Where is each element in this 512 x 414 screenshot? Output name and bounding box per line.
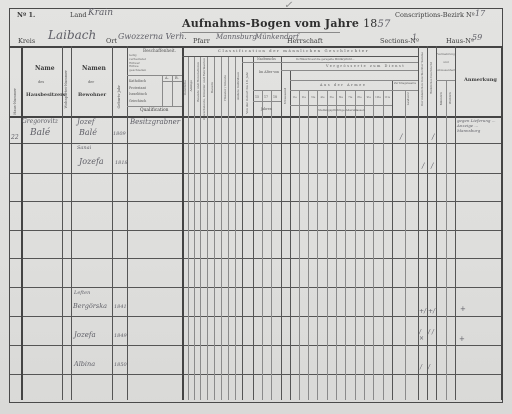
altersklasse: 8te [355, 96, 364, 99]
kreis-value: Laibach [48, 28, 96, 42]
row8-mark: / [420, 364, 422, 371]
row1-hausbesitzer-last: Balé [30, 128, 50, 138]
religion-row: Griechisch [129, 98, 147, 105]
col-line [21, 46, 23, 400]
col-line [364, 90, 365, 400]
row2-bewohner-first: Sanai [77, 145, 91, 151]
nachwuchs-ages-line [253, 90, 281, 91]
row8-geburtsjahr: 1850 [114, 362, 127, 368]
row1-bewohner-first: Jozef [77, 118, 94, 126]
classification-title: Classification der männlichen Geschlecht… [218, 48, 369, 53]
class-col: Adelige [189, 80, 193, 91]
row2-mark: / [422, 162, 424, 170]
zuwachs-title-line: Vermehrung [437, 50, 455, 58]
col-line [200, 56, 201, 400]
land-label: Land [70, 11, 87, 19]
col-line [221, 56, 222, 400]
herrschaft-label: Herrschaft [287, 37, 323, 45]
nachwuchs-age: 15 [255, 95, 259, 99]
col-name-bewohner-2: der [88, 80, 94, 84]
religion-head-line [162, 81, 182, 82]
row-divider [10, 287, 502, 288]
class-col: Andere Individuen [236, 72, 240, 100]
row7-bewohner-last: Jozefa [74, 331, 96, 339]
row8-mark: / [428, 364, 430, 371]
col-line [271, 90, 272, 400]
col-line [207, 56, 208, 400]
pencil-checkmark-icon: ✓ [284, 0, 292, 11]
col-line [182, 46, 184, 400]
beschaffenheit-title: Beschaffenheit. [143, 48, 176, 53]
zuwachs-title: Vermehrung und Abwesenheit [437, 50, 455, 74]
altersklasse: 5te [327, 96, 336, 99]
row1-haus-nr: 22 [11, 134, 19, 141]
religion-rows: Katholisch Protestant Israelitisch Griec… [129, 78, 147, 104]
nachwuchs-age: 17 [264, 95, 268, 99]
row2-bewohner-last: Jozefa [79, 157, 104, 166]
religion-col-a: A. [165, 76, 169, 80]
row7-mark: / / [428, 330, 436, 336]
col-haus-nummer: Haus-Nummer [13, 88, 17, 115]
col-line [436, 46, 437, 400]
kreis-label: Kreis [18, 37, 35, 45]
col-name-bewohner-1: Namen [82, 65, 106, 72]
col-hinzuwachs: Vergrösserte zum Dienst [326, 64, 405, 68]
row6-anmerkung: + [460, 305, 466, 313]
row-divider [10, 173, 502, 174]
row2-geburtsjahr: 1818 [115, 160, 128, 166]
col-line [418, 46, 419, 400]
col-line [194, 56, 195, 400]
row7-anmerkung: + [459, 335, 465, 343]
col-line [228, 56, 229, 400]
land-value: Krain [88, 8, 113, 18]
altersklasse: 6te [336, 96, 345, 99]
col-line [373, 90, 374, 400]
dienst-line [281, 70, 418, 71]
col-weiblich: Weiblich [448, 92, 452, 104]
altersklasse: 10te [373, 96, 382, 99]
religion-col-line [162, 75, 163, 106]
col-line [188, 56, 189, 400]
sections-value: 1 [412, 33, 417, 42]
zuwachs-title-line: Abwesenheit [437, 66, 455, 74]
nachwuchs-foot-line [253, 101, 281, 102]
nachwuchs-line [242, 62, 418, 63]
col-line [336, 90, 337, 400]
row-divider [10, 258, 502, 259]
col-line [242, 56, 243, 400]
col-line [235, 56, 236, 400]
col-wohnpartei: Wohnpartei-Nummer [64, 70, 68, 108]
col-anmerkung: Anmerkung [464, 77, 497, 83]
title-text: Aufnahms-Bogen vom Jahre [182, 17, 359, 30]
nachwuchs-sub: Im Alter von [259, 70, 279, 74]
row-divider [10, 201, 502, 202]
col-geburtsjahr: Geburts-Jahr [117, 85, 121, 108]
altersklassen-cols: 1te 2te 3te 4te 5te 6te 7te 8te 9te 10te… [290, 96, 392, 99]
row1-mark: / [400, 133, 402, 141]
dienstpflicht-title: In Hinsicht auf die geregelte Militärpfl… [296, 58, 355, 61]
nachwuchs-age: 18 [273, 95, 277, 99]
col-line [214, 56, 215, 400]
pfarr-label: Pfarr [193, 37, 210, 45]
class-col: Gewerbsleute, Künstler und Fabrikanten [202, 58, 206, 120]
qualification-divider [127, 106, 182, 107]
col-line [112, 46, 113, 400]
class-col: Geistliche [183, 80, 187, 95]
zuwachs-head-line [436, 80, 455, 81]
row6-mark: +/ [428, 308, 435, 315]
col-line [317, 90, 318, 400]
haus-label: Haus-Nº [446, 37, 474, 45]
col-line [392, 80, 393, 400]
zuwachs-title-line: und [437, 58, 455, 66]
row1-mark: / [432, 133, 434, 141]
row2-mark: / [431, 162, 433, 170]
row6-geburtsjahr: 1841 [114, 304, 127, 310]
col-totale-summe: Der männlichen Geschlechter Summe [420, 52, 424, 106]
col-name-haus-3: Hausbesitzers [26, 92, 66, 98]
conscriptions-label: Conscriptions-Bezirk Nº [395, 11, 475, 19]
sheet-number: Nº 1. [17, 11, 35, 19]
religion-col-line [172, 75, 173, 106]
col-line [299, 90, 300, 400]
altersklasse: 7te [346, 96, 355, 99]
col-line [127, 46, 128, 400]
row-divider [10, 143, 502, 144]
class-col: Beamte und Honoratioren [196, 62, 200, 102]
row6-bewohner-last: Bergörska [73, 302, 107, 310]
altersklasse: 2te [299, 96, 308, 99]
beschaffenheit-divider [127, 75, 182, 76]
row1-geburtsjahr: 1809 [113, 131, 126, 137]
haus-value: 59 [472, 33, 482, 42]
pfarr-value: Mannsburg [216, 33, 257, 41]
col-line [446, 80, 447, 400]
row1-bewohner-last: Balé [79, 128, 97, 137]
religion-col-b: B. [175, 76, 179, 80]
altersklasse: 1te [290, 96, 299, 99]
class-col: Häusler / Inleute [223, 75, 227, 101]
year-handwritten: 57 [378, 19, 391, 30]
col-line [355, 90, 356, 400]
row7-geburtsjahr: 1849 [114, 333, 127, 339]
beschaffenheit-rows: ledig verheiratet Witwer Witwe geschiede… [129, 54, 146, 73]
col-line [262, 90, 263, 400]
col-name-haus-1: Name [35, 65, 55, 72]
altersklassen-foot: Stellungspflichtige Altersklassen [318, 108, 365, 112]
altersklasse: 9te [364, 96, 373, 99]
census-sheet: Nº 1. Land Krain Aufnahms-Bogen vom Jahr… [0, 0, 512, 414]
year-printed: 18 [363, 17, 377, 30]
altersklassen-foot-line [290, 105, 392, 106]
col-line [427, 46, 428, 400]
col-qualification: Qualification [140, 108, 169, 113]
page-title: Aufnahms-Bogen vom Jahre 1857 [182, 17, 391, 30]
col-weibliche: Weibliches Geschlecht [429, 62, 433, 94]
nachwuchs-foot: Jahren [261, 107, 272, 111]
zuwachs-line [290, 80, 418, 81]
row-divider [10, 230, 502, 231]
nachwuchs-title: Nachwuchs [257, 57, 276, 61]
col-kriegsreserve: Zur Kriegsreserve [394, 82, 416, 85]
col-line [501, 46, 503, 400]
col-name-bewohner-3: Bewohner [78, 92, 106, 98]
col-line [290, 70, 291, 400]
col-maennlich: Männlich [439, 92, 443, 105]
col-unwesend: Unwesend [283, 88, 287, 104]
armee-line [290, 90, 418, 91]
col-line [71, 46, 72, 400]
col-line [345, 90, 346, 400]
row-divider [10, 374, 502, 375]
row1-hausbesitzer-first: Gregorovitz [22, 118, 58, 125]
col-altersklassen-title: Aus der Armee [320, 83, 366, 87]
col-line [62, 46, 63, 400]
row7-mark: / × [419, 330, 427, 342]
class-col: Von der Geburt bis 18. Jahr [245, 72, 249, 114]
beschaffenheit-row: geschieden [129, 69, 146, 73]
col-name-haus-2: des [38, 80, 44, 84]
col-line [383, 90, 384, 400]
ort-label: Ort [106, 37, 117, 45]
conscriptions-value: 17 [475, 9, 485, 18]
row8-bewohner-last: Albina [74, 360, 95, 368]
class-col: Bauern [210, 82, 214, 93]
religion-row: Katholisch [129, 78, 147, 85]
col-line [308, 90, 309, 400]
row-divider [10, 316, 502, 317]
altersklasse: 11te [383, 96, 392, 99]
col-line [281, 56, 282, 400]
altersklasse: 3te [309, 96, 318, 99]
row1-anmerkung: gegen Lieferung ... Anzeige ... Mannsbur… [457, 118, 499, 133]
col-line [253, 56, 254, 400]
col-landwehr: Landwehr [407, 92, 410, 105]
religion-row: Israelitisch [129, 91, 147, 98]
altersklasse: 4te [318, 96, 327, 99]
row-divider [10, 345, 502, 346]
row6-mark: +/ [419, 308, 426, 315]
row1-qualification: Besitzgrabner [130, 118, 180, 126]
col-line [327, 90, 328, 400]
col-line [455, 46, 456, 400]
row6-bewohner-first: Leften [74, 290, 90, 296]
ort-value: Gwozzerna Verh. [118, 32, 187, 41]
classification-title-line [182, 56, 418, 57]
col-line [405, 90, 406, 400]
